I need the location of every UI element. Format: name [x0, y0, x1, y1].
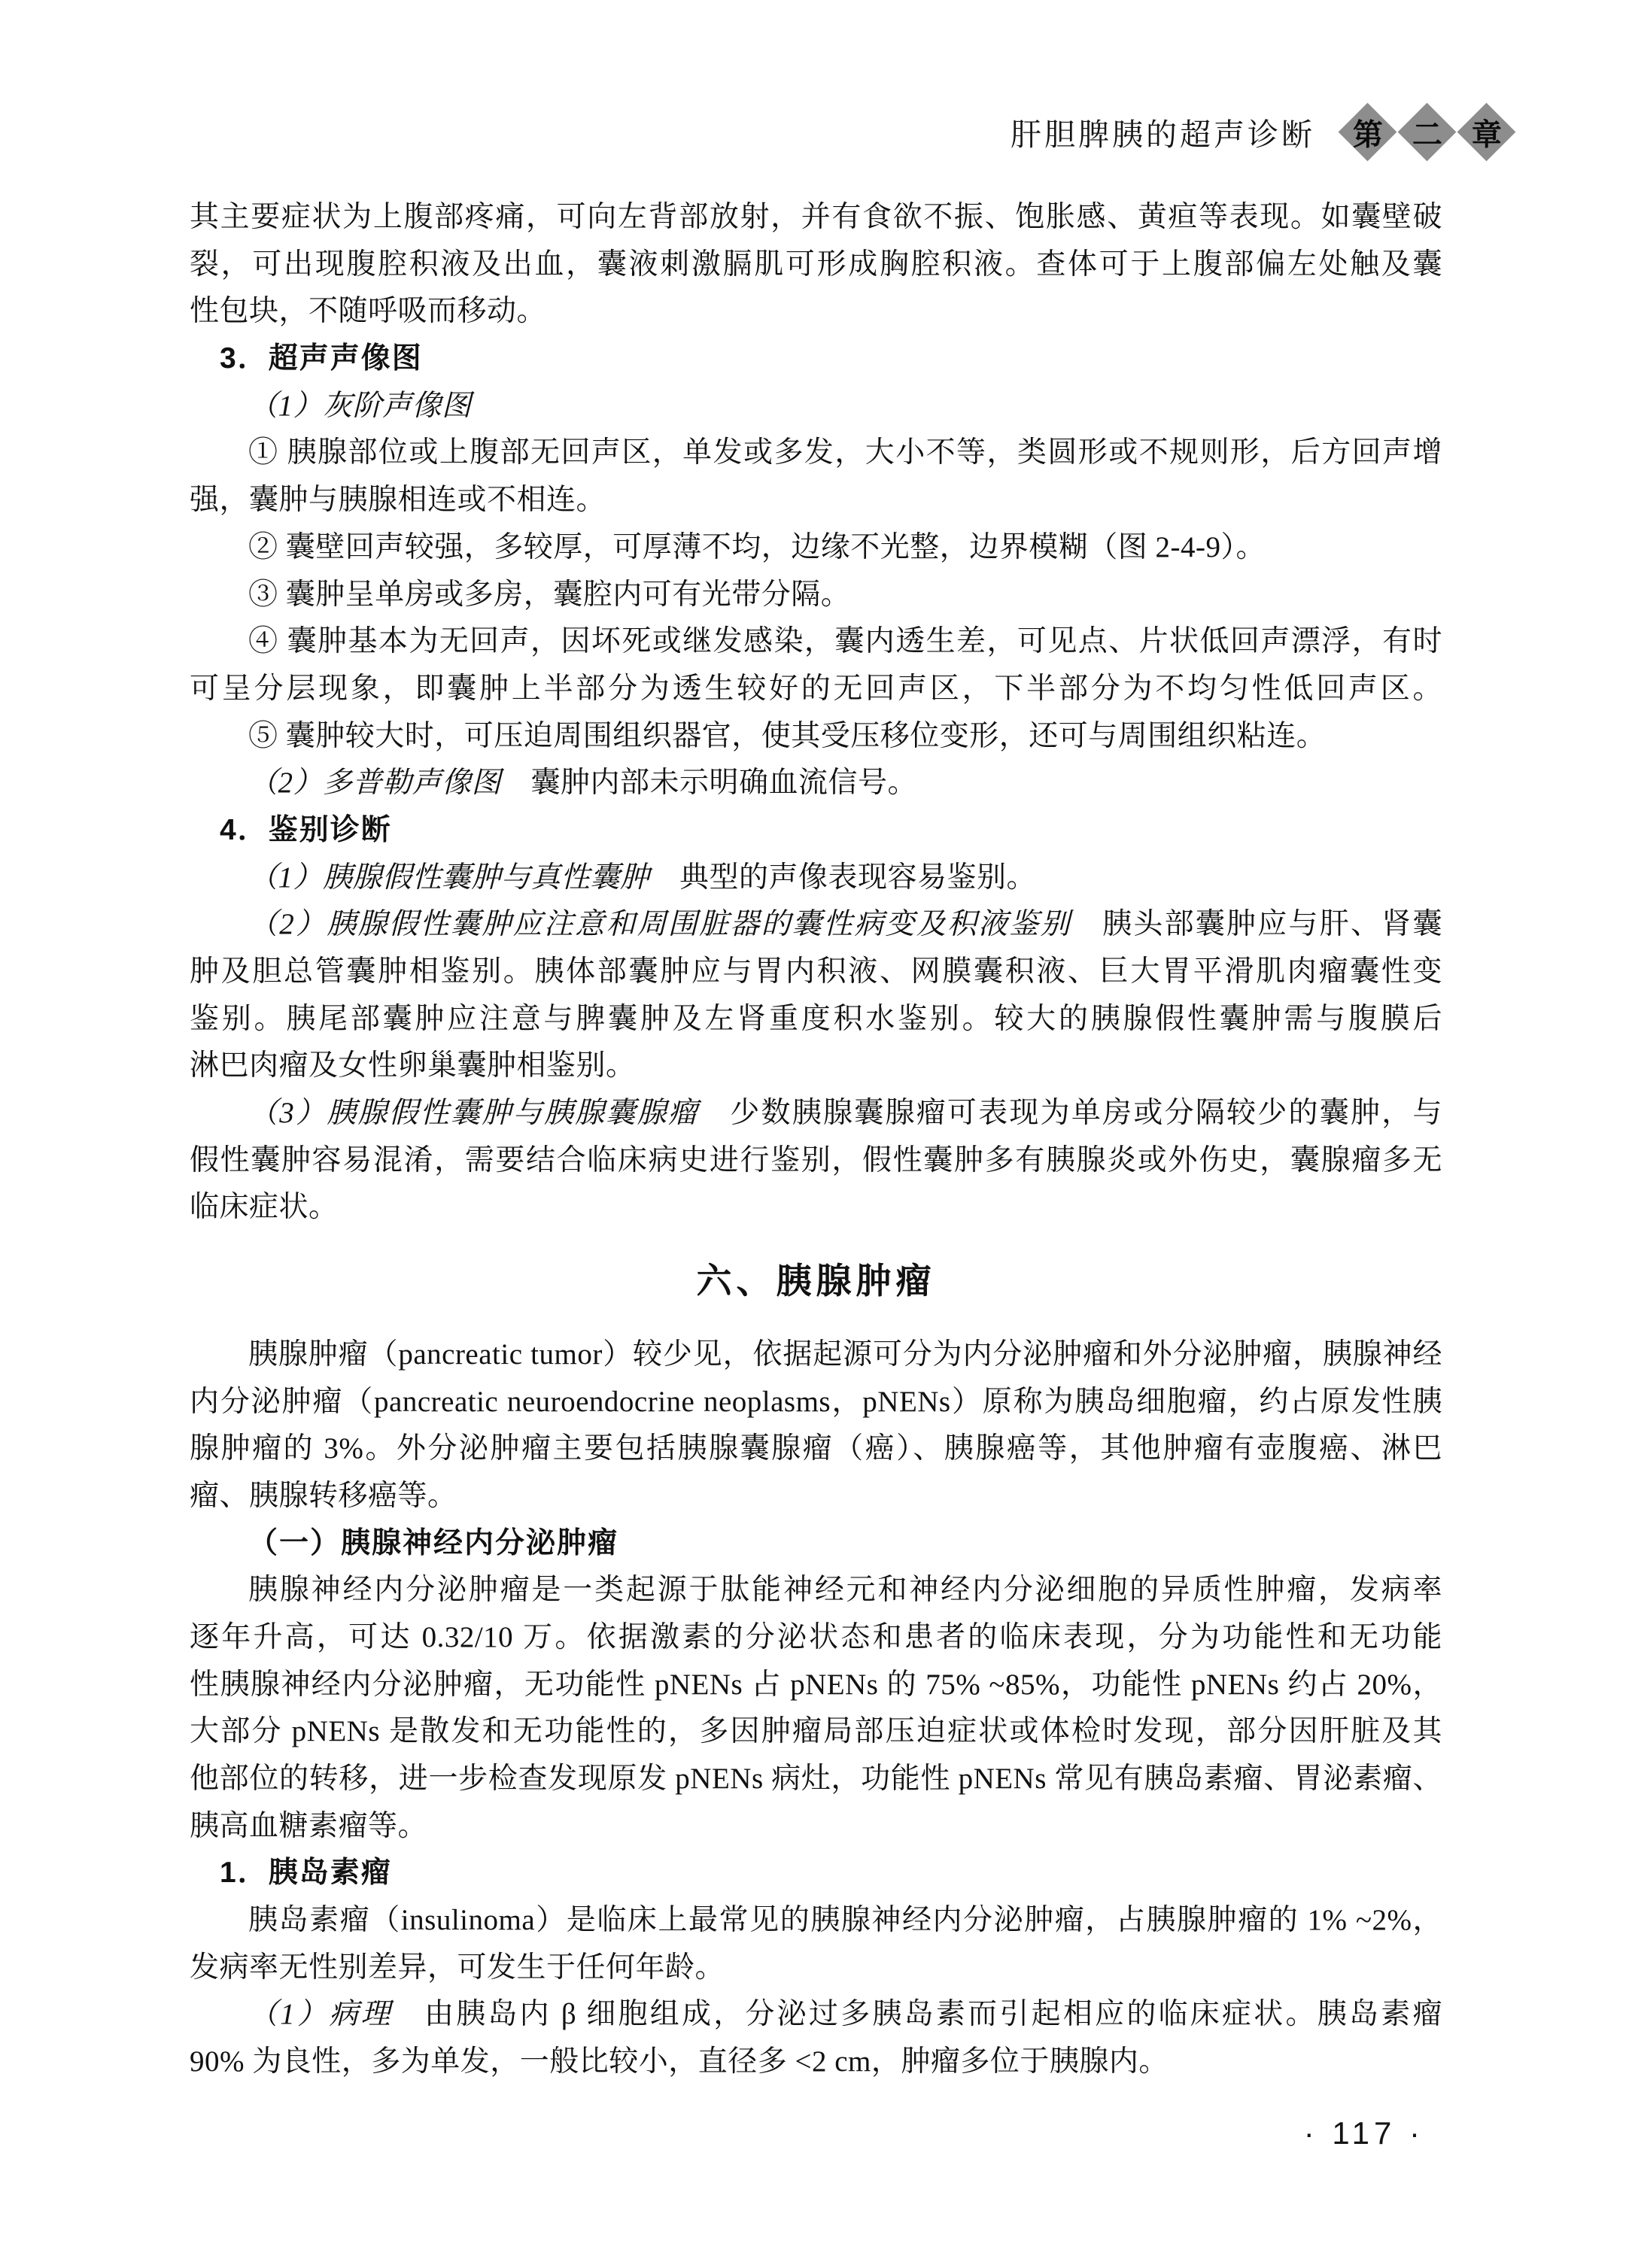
text-run: （2）多普勒声像图	[248, 767, 501, 799]
text-line: 胰岛素瘤（insulinoma）是临床上最常见的胰腺神经内分泌肿瘤，占胰腺肿瘤的…	[190, 1897, 1442, 1945]
text-run: 假性囊肿容易混淆，需要结合临床病史进行鉴别，假性囊肿多有胰腺炎或外伤史，囊腺瘤多…	[190, 1144, 1442, 1177]
text-run: 由胰岛内 β 细胞组成，分泌过多胰岛素而引起相应的临床症状。胰岛素瘤	[393, 1998, 1442, 2030]
text-column: 其主要症状为上腹部疼痛，可向左背部放射，并有食欲不振、饱胀感、黄疸等表现。如囊壁…	[190, 194, 1442, 2086]
text-line: 逐年升高，可达 0.32/10 万。依据激素的分泌状态和患者的临床表现，分为功能…	[190, 1614, 1442, 1662]
text-run: 1．胰岛素瘤	[220, 1857, 392, 1889]
text-line: （3）胰腺假性囊肿与胰腺囊腺瘤 少数胰腺囊腺瘤可表现为单房或分隔较少的囊肿，与	[190, 1090, 1442, 1137]
text-line: 性胰腺神经内分泌肿瘤，无功能性 pNENs 占 pNENs 的 75% ~85%…	[190, 1662, 1442, 1709]
text-line: 胰高血糖素瘤等。	[190, 1803, 1442, 1851]
text-run: （1）灰阶声像图	[248, 390, 472, 422]
text-run: （3）胰腺假性囊肿与胰腺囊腺瘤	[248, 1097, 699, 1129]
running-head: 肝胆脾胰的超声诊断 第 二 章	[1011, 96, 1516, 167]
text-run: 胰腺肿瘤（pancreatic tumor）较少见，依据起源可分为内分泌肿瘤和外…	[248, 1338, 1442, 1371]
text-line: （2）多普勒声像图 囊肿内部未示明确血流信号。	[190, 760, 1442, 807]
page-number: · 117 ·	[0, 2115, 1629, 2151]
text-run: 大部分 pNENs 是散发和无功能性的，多因肿瘤局部压迫症状或体检时发现，部分因…	[190, 1715, 1442, 1747]
chapter-diamonds: 第 二 章	[1338, 111, 1516, 153]
text-run: 其主要症状为上腹部疼痛，可向左背部放射，并有食欲不振、饱胀感、黄疸等表现。如囊壁…	[190, 201, 1442, 233]
text-line: ② 囊壁回声较强，多较厚，可厚薄不均，边缘不光整，边界模糊（图 2-4-9）。	[190, 524, 1442, 572]
section-title: 六、胰腺肿瘤	[190, 1258, 1442, 1306]
text-run: 可呈分层现象，即囊肿上半部分为透生较好的无回声区，下半部分为不均匀性低回声区。	[190, 673, 1442, 705]
chapter-diamond: 二	[1398, 102, 1457, 161]
text-run: （一）胰腺神经内分泌肿瘤	[248, 1527, 618, 1559]
text-line: （1）胰腺假性囊肿与真性囊肿 典型的声像表现容易鉴别。	[190, 855, 1442, 902]
heading-line: 4．鉴别诊断	[190, 807, 1442, 855]
chapter-diamond-char: 第	[1353, 111, 1383, 153]
text-line: 内分泌肿瘤（pancreatic neuroendocrine neoplasm…	[190, 1379, 1442, 1426]
text-run: 六、胰腺肿瘤	[697, 1262, 936, 1301]
text-line: 胰腺神经内分泌肿瘤是一类起源于肽能神经元和神经内分泌细胞的异质性肿瘤，发病率	[190, 1567, 1442, 1614]
text-line: 腺肿瘤的 3%。外分泌肿瘤主要包括胰腺囊腺瘤（癌）、胰腺癌等，其他肿瘤有壶腹癌、…	[190, 1425, 1442, 1473]
text-line: （1）病理 由胰岛内 β 细胞组成，分泌过多胰岛素而引起相应的临床症状。胰岛素瘤	[190, 1991, 1442, 2039]
text-run: 胰腺神经内分泌肿瘤是一类起源于肽能神经元和神经内分泌细胞的异质性肿瘤，发病率	[248, 1574, 1442, 1606]
text-line: 发病率无性别差异，可发生于任何年龄。	[190, 1945, 1442, 1992]
text-run: 瘤、胰腺转移癌等。	[190, 1480, 457, 1512]
text-line: 鉴别。胰尾部囊肿应注意与脾囊肿及左肾重度积水鉴别。较大的胰腺假性囊肿需与腹膜后	[190, 996, 1442, 1043]
text-run: 临床症状。	[190, 1191, 339, 1223]
text-line: （1）灰阶声像图	[190, 383, 1442, 430]
text-run: 肿及胆总管囊肿相鉴别。胰体部囊肿应与胃内积液、网膜囊积液、巨大胃平滑肌肉瘤囊性变	[190, 955, 1442, 988]
text-run: 典型的声像表现容易鉴别。	[650, 861, 1037, 894]
text-line: 瘤、胰腺转移癌等。	[190, 1473, 1442, 1520]
text-run: 3．超声声像图	[220, 342, 423, 375]
text-line: 淋巴肉瘤及女性卵巢囊肿相鉴别。	[190, 1043, 1442, 1090]
chapter-diamond: 第	[1339, 102, 1397, 161]
text-run: ⑤ 囊肿较大时，可压迫周围组织器官，使其受压移位变形，还可与周围组织粘连。	[248, 720, 1326, 752]
text-run: ② 囊壁回声较强，多较厚，可厚薄不均，边缘不光整，边界模糊（图 2-4-9）。	[248, 531, 1266, 563]
text-run: 胰高血糖素瘤等。	[190, 1810, 427, 1842]
text-run: 腺肿瘤的 3%。外分泌肿瘤主要包括胰腺囊腺瘤（癌）、胰腺癌等，其他肿瘤有壶腹癌、…	[190, 1432, 1442, 1465]
text-run: 内分泌肿瘤（pancreatic neuroendocrine neoplasm…	[190, 1386, 1442, 1418]
text-line: 性包块，不随呼吸而移动。	[190, 288, 1442, 335]
text-run: 性胰腺神经内分泌肿瘤，无功能性 pNENs 占 pNENs 的 75% ~85%…	[190, 1668, 1442, 1701]
text-run: ④ 囊肿基本为无回声，因坏死或继发感染，囊内透生差，可见点、片状低回声漂浮，有时	[248, 625, 1442, 657]
text-line: ③ 囊肿呈单房或多房，囊腔内可有光带分隔。	[190, 572, 1442, 619]
text-run: 4．鉴别诊断	[220, 814, 392, 846]
text-run: 性包块，不随呼吸而移动。	[190, 295, 546, 327]
text-line: 他部位的转移，进一步检查发现原发 pNENs 病灶，功能性 pNENs 常见有胰…	[190, 1756, 1442, 1803]
text-run: 逐年升高，可达 0.32/10 万。依据激素的分泌状态和患者的临床表现，分为功能…	[190, 1621, 1442, 1653]
text-run: 胰岛素瘤（insulinoma）是临床上最常见的胰腺神经内分泌肿瘤，占胰腺肿瘤的…	[248, 1904, 1442, 1936]
text-run: （1）胰腺假性囊肿与真性囊肿	[248, 861, 650, 894]
text-run: 胰头部囊肿应与肝、肾囊	[1071, 908, 1442, 940]
chapter-diamond-char: 章	[1472, 111, 1502, 153]
text-line: ① 胰腺部位或上腹部无回声区，单发或多发，大小不等，类圆形或不规则形，后方回声增	[190, 430, 1442, 477]
text-line: 其主要症状为上腹部疼痛，可向左背部放射，并有食欲不振、饱胀感、黄疸等表现。如囊壁…	[190, 194, 1442, 241]
text-line: 大部分 pNENs 是散发和无功能性的，多因肿瘤局部压迫症状或体检时发现，部分因…	[190, 1708, 1442, 1756]
heading-line: 3．超声声像图	[190, 335, 1442, 383]
text-run: ③ 囊肿呈单房或多房，囊腔内可有光带分隔。	[248, 578, 850, 611]
text-line: （2）胰腺假性囊肿应注意和周围脏器的囊性病变及积液鉴别 胰头部囊肿应与肝、肾囊	[190, 901, 1442, 949]
text-run: 裂，可出现腹腔积液及出血，囊液刺激膈肌可形成胸腔积液。查体可于上腹部偏左处触及囊	[190, 248, 1442, 281]
text-run: 鉴别。胰尾部囊肿应注意与脾囊肿及左肾重度积水鉴别。较大的胰腺假性囊肿需与腹膜后	[190, 1003, 1442, 1035]
text-line: 胰腺肿瘤（pancreatic tumor）较少见，依据起源可分为内分泌肿瘤和外…	[190, 1331, 1442, 1379]
text-line: 临床症状。	[190, 1184, 1442, 1231]
text-line: ④ 囊肿基本为无回声，因坏死或继发感染，囊内透生差，可见点、片状低回声漂浮，有时	[190, 618, 1442, 666]
text-run: （2）胰腺假性囊肿应注意和周围脏器的囊性病变及积液鉴别	[248, 908, 1071, 940]
text-run: 90% 为良性，多为单发，一般比较小，直径多 <2 cm，肿瘤多位于胰腺内。	[190, 2045, 1169, 2078]
chapter-diamond-char: 二	[1412, 111, 1442, 153]
text-line: ⑤ 囊肿较大时，可压迫周围组织器官，使其受压移位变形，还可与周围组织粘连。	[190, 713, 1442, 761]
text-run: 他部位的转移，进一步检查发现原发 pNENs 病灶，功能性 pNENs 常见有胰…	[190, 1762, 1442, 1795]
heading-line: （一）胰腺神经内分泌肿瘤	[190, 1520, 1442, 1568]
running-head-title: 肝胆脾胰的超声诊断	[1011, 110, 1315, 154]
text-line: 强，囊肿与胰腺相连或不相连。	[190, 477, 1442, 524]
text-run: 少数胰腺囊腺瘤可表现为单房或分隔较少的囊肿，与	[699, 1097, 1442, 1129]
text-run: 发病率无性别差异，可发生于任何年龄。	[190, 1951, 725, 1984]
text-line: 肿及胆总管囊肿相鉴别。胰体部囊肿应与胃内积液、网膜囊积液、巨大胃平滑肌肉瘤囊性变	[190, 949, 1442, 996]
text-run: ① 胰腺部位或上腹部无回声区，单发或多发，大小不等，类圆形或不规则形，后方回声增	[248, 436, 1442, 469]
text-run: 强，囊肿与胰腺相连或不相连。	[190, 484, 606, 516]
text-line: 假性囊肿容易混淆，需要结合临床病史进行鉴别，假性囊肿多有胰腺炎或外伤史，囊腺瘤多…	[190, 1137, 1442, 1185]
chapter-diamond: 章	[1457, 102, 1516, 161]
text-line: 90% 为良性，多为单发，一般比较小，直径多 <2 cm，肿瘤多位于胰腺内。	[190, 2039, 1442, 2086]
heading-line: 1．胰岛素瘤	[190, 1850, 1442, 1897]
text-run: 囊肿内部未示明确血流信号。	[501, 767, 917, 799]
book-page: { "header": { "title": "肝胆脾胰的超声诊断", "cha…	[0, 0, 1629, 2268]
text-run: 淋巴肉瘤及女性卵巢囊肿相鉴别。	[190, 1049, 636, 1082]
text-line: 裂，可出现腹腔积液及出血，囊液刺激膈肌可形成胸腔积液。查体可于上腹部偏左处触及囊	[190, 241, 1442, 289]
text-run: （1）病理	[248, 1998, 393, 2030]
text-line: 可呈分层现象，即囊肿上半部分为透生较好的无回声区，下半部分为不均匀性低回声区。	[190, 666, 1442, 713]
